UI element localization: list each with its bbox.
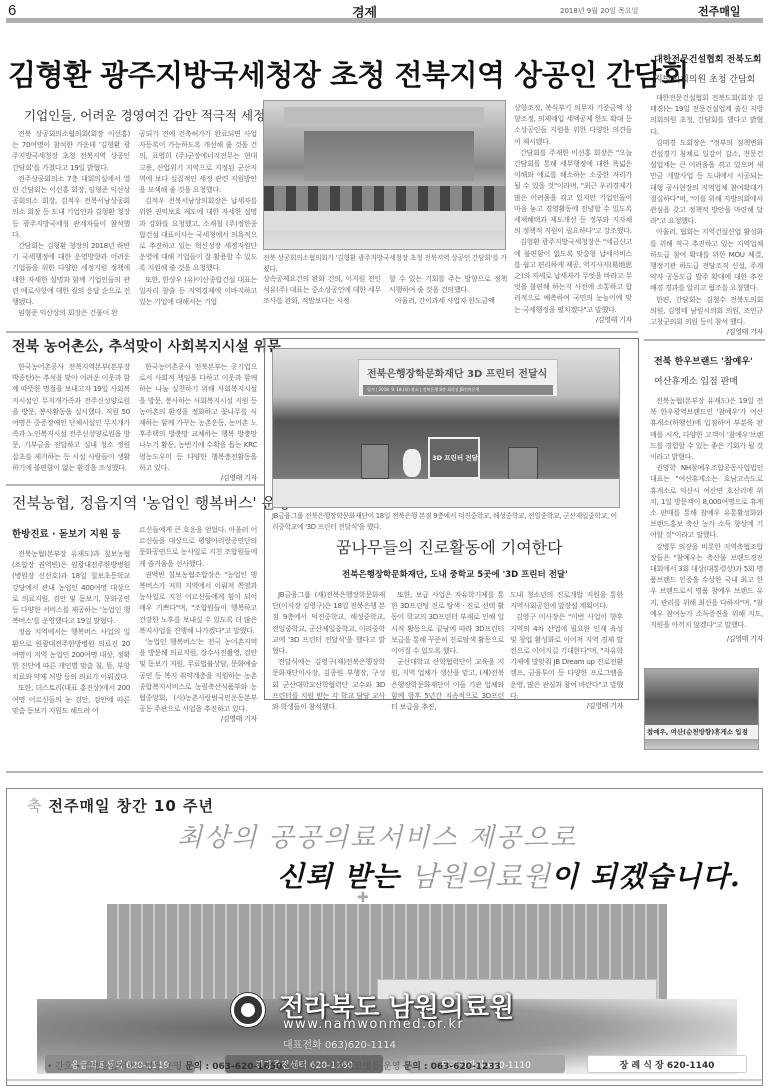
byline: /김영태 기자 (650, 634, 763, 645)
notice-phone: 문의 : 063-620-1233 (403, 1062, 500, 1072)
paragraph: 또한, 한상우 (유)이산종합건설 대표는 일자리 창출 등 지역경제에 이바지… (139, 274, 257, 308)
paragraph: 강병무 의장을 비롯한 지역축협조합장들은 "참예우는 축산물 브랜드경진대회에… (650, 541, 763, 631)
page-number: 6 (8, 2, 16, 19)
board-text: 3D 프린터 전달 (432, 453, 478, 462)
paragraph: 전북농협(본부장 유재도)과 칠보농협(조합장 권역빈)은 원광대전주한방병원(… (12, 548, 130, 626)
section-divider (6, 484, 264, 486)
slogan-line1: 최상의 공공의료서비스 제공으로 (177, 817, 577, 854)
paragraph: 르신들에게 큰 호응을 얻었다. 아울러 어르신들을 대상으로 평양아리랑공연단… (139, 524, 257, 569)
paragraph: 군산대학교 산학협력단이 교육을 지원, 지역 업체가 생산을 맡고, (재)전… (391, 656, 504, 712)
slogan-part: 이 되겠습니다. (551, 860, 741, 893)
sidebar-title-line2: 여산휴게소 입점 판매 (654, 374, 738, 387)
main-article-col3: 상속공제요건의 완화 건의, 이지원 전인석유(주) 대표는 중소상공인에 대한… (263, 273, 381, 307)
paragraph: 전주상공회의소 7층 대회의실에서 열린 간담회는 이선홍 회장, 임형준 익산… (12, 173, 130, 240)
hospital-advertisement: 축전주매일 창간 10 주년 최상의 공공의료서비스 제공으로 신뢰 받는 남원… (6, 788, 763, 1086)
paragraph: 상속공제요건의 완화 건의, 이지원 전인석유(주) 대표는 중소상공인에 대한… (263, 273, 381, 307)
sidebar-divider (644, 339, 765, 341)
bus-subheadline: 한방진료 · 돋보기 지원 등 (12, 526, 121, 540)
people-row-graphic (264, 186, 506, 211)
paragraph: 한편, 간담회는 김철수 전북도의회 의원, 김영태 남원시의회 의원, 조민규… (650, 294, 763, 328)
notice-phone: 문의 : 063-620-1650 (185, 1062, 282, 1072)
byline: /김영태 기자 (139, 714, 257, 725)
3d-printer-left (361, 444, 389, 479)
service-funeral-hall: 장 례 식 장 620-1140 (587, 1055, 747, 1073)
presentation-board: 3D 프린터 전달 (428, 437, 480, 479)
3d-printer-photo: 전북은행장학문화재단 3D 프린터 전달식 일시 | 2018. 9. 18.(… (272, 348, 620, 508)
header-rule (6, 18, 763, 23)
paragraph: '농업인 행복버스'는 전국 농어촌지역을 방문해 의료지원, 장수사진촬영, … (139, 636, 257, 714)
welfare-col2: 한국농어촌공사 전북본부는 공기업으로서 사회적 책임을 다하고 이웃과 함께하… (139, 361, 257, 484)
main-photo-caption: 전북 상공회의소협의회가 '김형환 광주지방국세청장 초청 전북지역 상공인 간… (263, 253, 508, 275)
celebration-mark: 축 (27, 797, 43, 815)
byline: /김영태 기자 (650, 327, 763, 338)
paragraph: 김영구 이사장은 "이번 사업이 향후 지역의 4차 산업에 필요한 인재 육성… (510, 611, 623, 701)
3d-col2: 또한, 보급 사업은 자유학기제를 통한 3D프린팅 진로 탐색 · 진로 선택… (391, 589, 504, 712)
paragraph: 공되기 전에 건축허가가 완료되면 사업자등록이 가능하도록 개선해 줄 것을 … (139, 128, 257, 195)
slogan-hospital: 남원의료원 (411, 860, 551, 893)
paragraph: 또한, 보급 사업은 자유학기제를 통한 3D프린팅 진로 탐색 · 진로 선택… (391, 589, 504, 656)
paragraph: 할 수 있는 기회를 주는 방향으로 정책 시행하여 줄 것을 건의했다. (389, 273, 507, 295)
welfare-headline: 전북 농어촌公, 추석맞이 사회복지시설 위문 (12, 336, 281, 356)
slogan-part: 신뢰 받는 (277, 860, 411, 893)
sidebar-body: 대한전문건설협회 전북도회(회장 김태경)는 19일 전문건설업계 출신 지방의… (650, 92, 763, 338)
paragraph: 정읍 지역에서는 행복버스 사업의 일환으로 원광대전주한방병원 의료진 20여… (12, 626, 130, 682)
sidebar-title-line1: 전북 한우브랜드 '참예우' (654, 354, 753, 367)
3d-photo-caption: JB금융그룹 전북은행장학문화재단이 18일 전북은행 본점 9층에서 덕진중학… (272, 511, 622, 533)
section-divider (6, 331, 638, 333)
ad-notice: • 간호 • 간병통합서비스병동 운영 문의 : 063-620-1650 •호… (47, 1059, 501, 1072)
bus-col2: 르신들에게 큰 호응을 얻었다. 아울러 어르신들을 대상으로 평양아리랑공연단… (139, 524, 257, 726)
paragraph: 도내 청소년의 진로개발 지원을 통한 지역사회공헌에 앞장설 계획이다. (510, 589, 623, 611)
hospital-website: www.namwonmed.or.kr (283, 1017, 464, 1032)
main-article-photo (263, 100, 506, 250)
banner-subtitle: 일시 | 2018. 9. 18.(화) 장소 | 전북은행 9층 회의실 JB… (363, 385, 553, 395)
paragraph: 김형환 광주지방국세청장은 "세금신고에 불편함이 없도록 맞춤형 납세서비스를… (514, 236, 632, 314)
paragraph: 간담회는 김형환 청장의 2018년 하반기 국세행정에 대한 운영방향과 어려… (12, 240, 130, 307)
main-article-col1: 전북 상공회의소협의회(회장 이선홍)는 70여명이 참석한 가운데 '김형환 … (12, 128, 130, 318)
main-article-col2: 공되기 전에 건축허가가 완료되면 사업자등록이 가능하도록 개선해 줄 것을 … (139, 128, 257, 307)
photo-banner: 참예우, 여산(순천방향)휴게소 입점 (645, 725, 759, 739)
issue-date: 2018년 9월 20일 목요일 (560, 6, 638, 16)
sidebar-title-line1: 대한전문건설협회 전북도회 (654, 52, 761, 65)
bus-headline: 전북농협, 정읍지역 '농업인 행복버스' 운영 (12, 492, 290, 513)
hospital-logo-icon (231, 993, 265, 1027)
ad-footer-rule (7, 1079, 763, 1081)
paragraph: 전북 상공회의소협의회(회장 이선홍)는 70여명이 참석한 가운데 '김형환 … (12, 128, 130, 173)
banner-graphic (284, 107, 484, 127)
3d-subheadline: 전북은행장학문화재단, 도내 중학교 5곳에 '3D 프린터 전달' (342, 568, 568, 580)
welfare-col1: 한국농어촌공사 전북지역본부(본부장 박종탄)는 추석을 맞아 어려운 이웃과 … (12, 361, 130, 473)
slogan-line2: 신뢰 받는 남원의료원이 되겠습니다. (277, 855, 741, 895)
3d-col3: 도내 청소년의 진로개발 지원을 통한 지역사회공헌에 앞장설 계획이다. 김영… (510, 589, 623, 712)
newspaper-brand: 전주매일 (698, 3, 741, 19)
paragraph: 또한, 더스토리(대표 홍진상)에서 200여명 어르신들의 눈 검안, 검안에… (12, 682, 130, 716)
banner-graphic: 전북은행장학문화재단 3D 프린터 전달식 일시 | 2018. 9. 18.(… (358, 359, 558, 397)
page-divider (6, 771, 763, 773)
rest-area-photo: 참예우, 여산(순천방향)휴게소 입점 (644, 668, 759, 750)
paragraph: 김적우 전북서남상의회장은 납세자를 위한 권익보호 제도에 대한 자세한 설명… (139, 195, 257, 273)
paragraph: 전달식에는 김영구(재)전북은행장학문화재단이사장, 김종원 부행장, 구성회 … (272, 656, 385, 712)
paragraph: 한국농어촌공사 전북본부는 공기업으로서 사회적 책임을 다하고 이웃과 함께하… (139, 361, 257, 473)
banner-title: 전북은행장학문화재단 3D 프린터 전달식 (367, 365, 547, 380)
byline: /김영태 기자 (510, 701, 623, 712)
table-graphic (264, 211, 506, 231)
3d-headline: 꿈나무들의 진로활동에 기여한다 (336, 535, 563, 558)
main-headline: 김형환 광주지방국세청장 초청 전북지역 상공인 간담회 (8, 53, 633, 94)
paragraph: 간담회를 주재한 이선홍 회장은 "오늘 간담회를 통해 세무행정에 대한 폭넓… (514, 147, 632, 237)
paragraph: 아울러, 간이과세 사업자 한도금액 (389, 295, 507, 306)
paragraph: 임형준 익산상의 회장은 건물이 완 (12, 307, 130, 318)
byline: /김영태 기자 (139, 473, 257, 484)
paragraph: 상향조정, 복식부기 의무자 기준금액 상향조정, 의제매입 세액공제 한도 확… (514, 102, 632, 147)
notice-label: •호스피스 완화의료병동 운영 (282, 1062, 403, 1072)
table-graphic (273, 479, 620, 508)
anniversary-banner: 축전주매일 창간 10 주년 (27, 795, 214, 816)
paragraph: 권영학 NH참예우조합공동사업법인 대표는 "여산휴게소는 호남고속도로 휴게소… (650, 462, 763, 540)
paragraph: 권역빈 칠보농협조합장은 "농업인 행복버스가 저희 지역에서 이뤄져 쪽영과 … (139, 569, 257, 636)
main-article-col4: 할 수 있는 기회를 주는 방향으로 정책 시행하여 줄 것을 건의했다. 아울… (389, 273, 507, 307)
sidebar-body: 전북농협(본부장 유재도)은 19일 전북 한우광역브랜드인 '참예우'가 여산… (650, 395, 763, 645)
sidebar-article-construction: 대한전문건설협회 전북도회 지방의회의원 초청 간담회 대한전문건설협회 전북도… (640, 40, 765, 340)
mascot-doll (403, 449, 421, 477)
hospital-main-phone: 대표전화 063)620-1114 (283, 1036, 396, 1051)
page-header: 6 경제 2018년 9월 20일 목요일 전주매일 (0, 0, 769, 22)
sidebar-article-hanwoo: 전북 한우브랜드 '참예우' 여산휴게소 입점 판매 전북농협(본부장 유재도)… (640, 345, 765, 765)
3d-col1: JB금융그룹 (재)전북은행장학문화재단(이사장 김영구)은 18일 전북은행 … (272, 589, 385, 712)
screen-graphic (304, 131, 474, 181)
byline: /김영태 기자 (514, 315, 632, 326)
paragraph: 김태경 도회장은 "정부의 점책변화 건설경기 침체로 일감이 감소, 전문건설… (650, 137, 763, 227)
bus-col1: 전북농협(본부장 유재도)과 칠보농협(조합장 권역빈)은 원광대전주한방병원(… (12, 548, 130, 716)
sidebar-title-line2: 지방의회의원 초청 간담회 (654, 72, 755, 85)
paragraph: 대한전문건설협회 전북도회(회장 김태경)는 19일 전문건설업계 출신 지방의… (650, 92, 763, 137)
notice-label: • 간호 • 간병통합서비스병동 운영 (47, 1062, 185, 1072)
paragraph: 아울러, 협회는 지역건설산업 활성화를 위해 적극 추진하고 있는 지역업체 … (650, 226, 763, 293)
main-article-col5: 상향조정, 복식부기 의무자 기준금액 상향조정, 의제매입 세액공제 한도 확… (514, 102, 632, 326)
3d-printer-right (508, 447, 538, 480)
cross-icon: ✚ (357, 891, 371, 905)
paragraph: 전북농협(본부장 유재도)은 19일 전북 한우광역브랜드인 '참예우'가 여산… (650, 395, 763, 462)
paragraph: JB금융그룹 (재)전북은행장학문화재단(이사장 김영구)은 18일 전북은행 … (272, 589, 385, 656)
paragraph: 한국농어촌공사 전북지역본부(본부장 박종탄)는 추석을 맞아 어려운 이웃과 … (12, 361, 130, 473)
anniversary-text: 전주매일 창간 10 주년 (49, 797, 214, 815)
